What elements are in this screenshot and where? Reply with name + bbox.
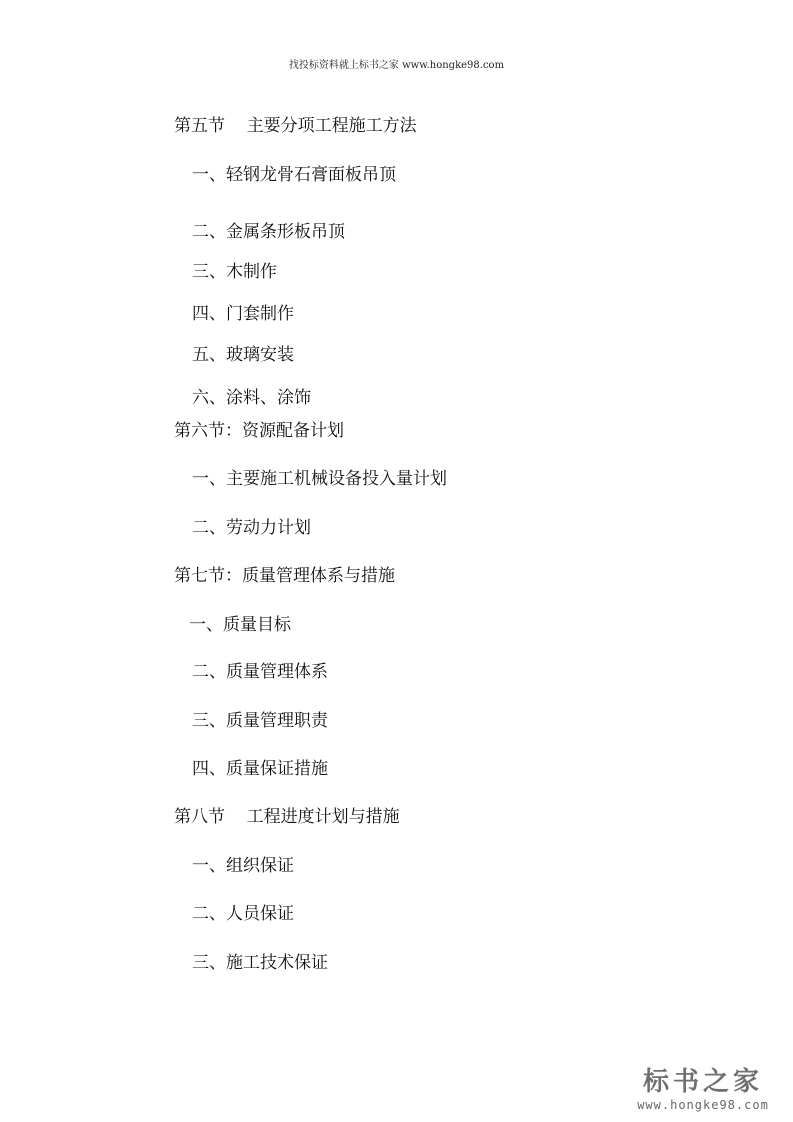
page-header: 找投标资料就上标书之家 www.hongke98.com <box>0 56 793 71</box>
toc-section: 第六节：资源配备计划 <box>174 420 344 442</box>
logo-title: 标书之家 <box>623 1066 783 1098</box>
toc-section: 第八节 工程进度计划与措施 <box>174 806 400 828</box>
toc-item: 三、木制作 <box>192 261 277 283</box>
toc-item: 三、质量管理职责 <box>192 710 328 732</box>
toc-item: 一、轻钢龙骨石膏面板吊顶 <box>192 164 396 186</box>
toc-section: 第五节 主要分项工程施工方法 <box>174 115 417 137</box>
toc-item: 二、金属条形板吊顶 <box>192 221 345 243</box>
toc-item: 二、劳动力计划 <box>192 517 311 539</box>
toc-item: 二、人员保证 <box>192 903 294 925</box>
toc-item: 六、涂料、涂饰 <box>192 387 311 409</box>
toc-item: 一、主要施工机械设备投入量计划 <box>192 468 447 490</box>
toc-item: 三、施工技术保证 <box>192 952 328 974</box>
logo-url: www.hongke98.com <box>623 1098 783 1112</box>
toc-section: 第七节：质量管理体系与措施 <box>174 565 395 587</box>
toc-item: 四、质量保证措施 <box>192 758 328 780</box>
toc-item: 二、质量管理体系 <box>192 661 328 683</box>
watermark-logo: 标书之家 www.hongke98.com <box>623 1066 783 1112</box>
toc-item: 一、组织保证 <box>192 855 294 877</box>
toc-item: 五、玻璃安装 <box>192 344 294 366</box>
toc-item: 四、门套制作 <box>192 303 294 325</box>
toc-item: 一、质量目标 <box>189 614 291 636</box>
